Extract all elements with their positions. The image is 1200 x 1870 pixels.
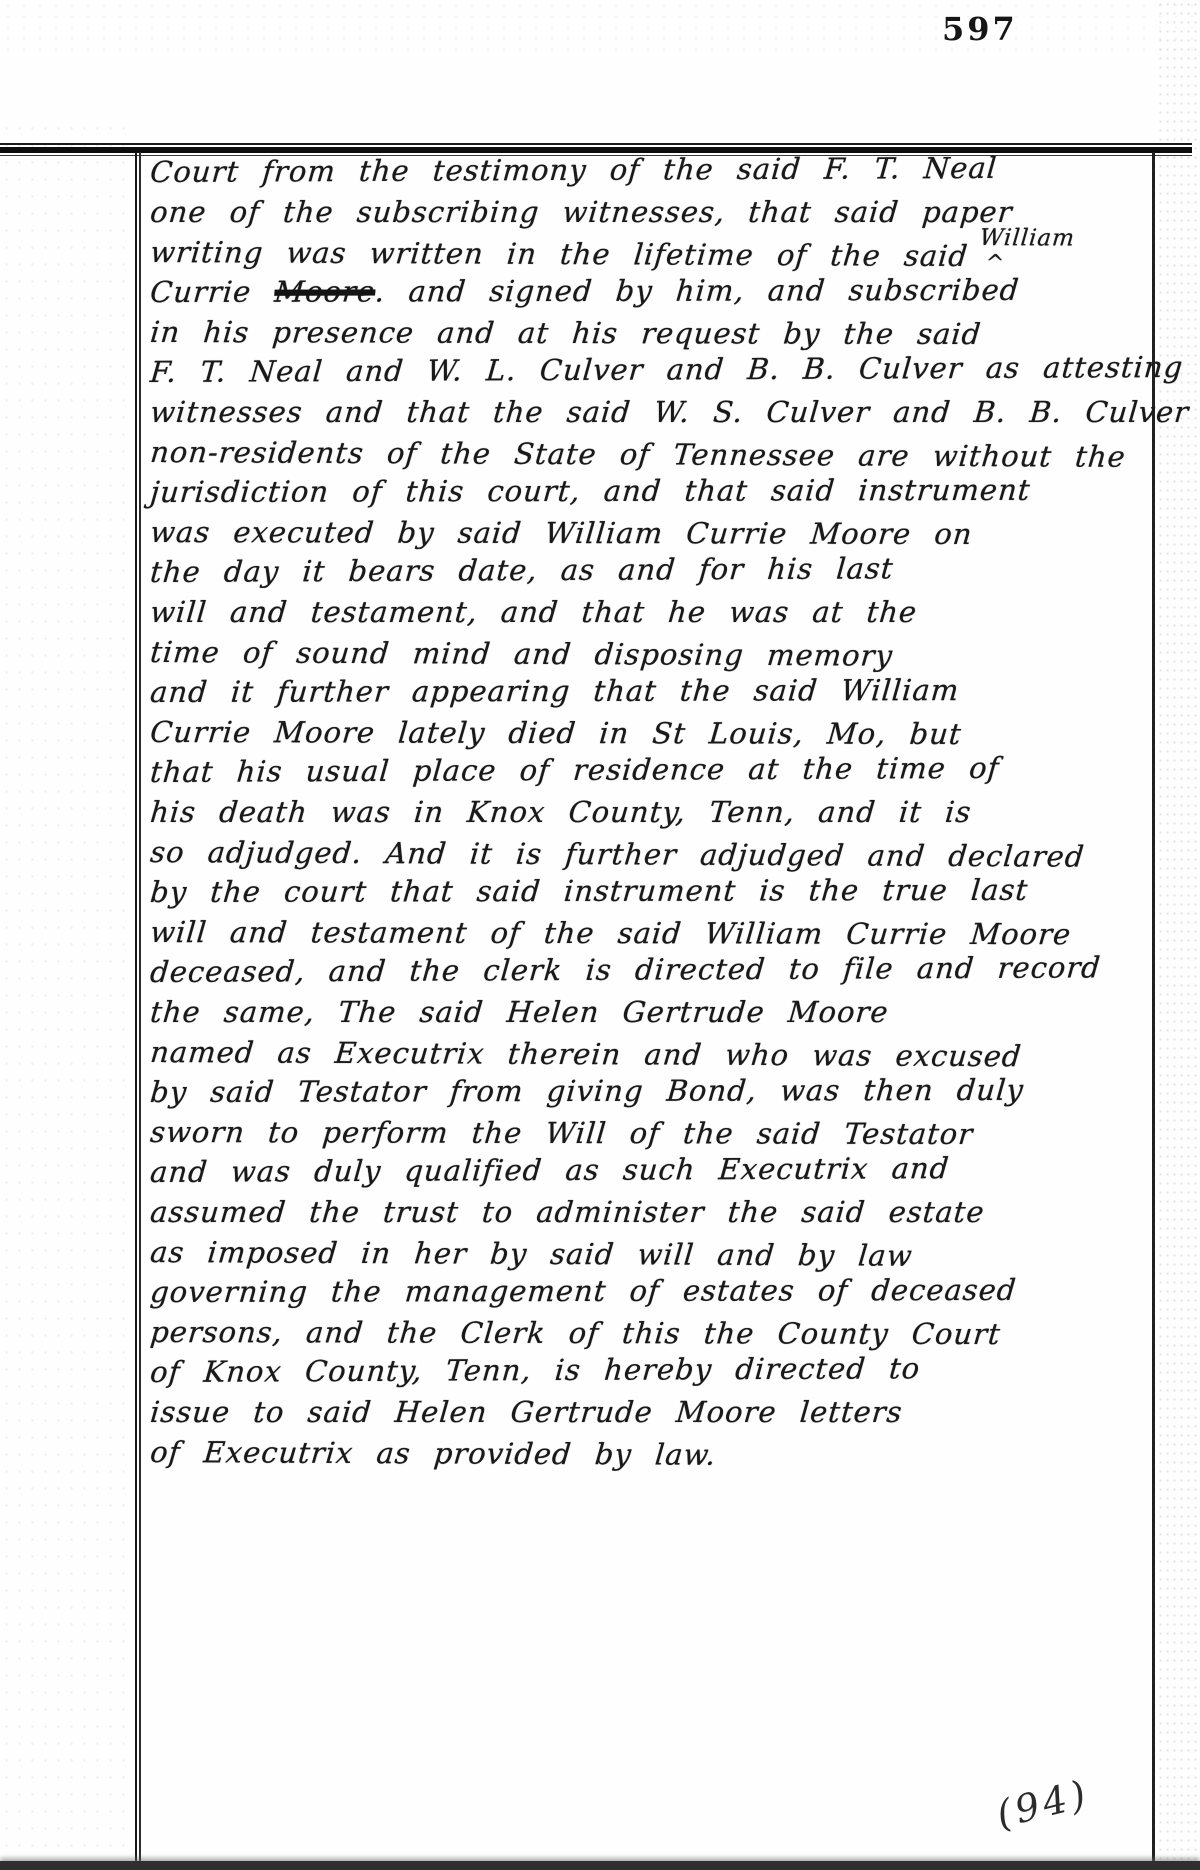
line-text: of Knox County, Tenn, is hereby directed… [149, 1351, 922, 1389]
line-text: Currie Moore lately died in St Louis, Mo… [149, 715, 963, 751]
line-text: governing the management of estates of d… [149, 1273, 1018, 1309]
left-margin-rule [135, 152, 142, 1862]
text-line: Court from the testimony of the said F. … [149, 147, 1163, 192]
line-text: non-residents of the State of Tennessee … [149, 435, 1128, 474]
text-line: F. T. Neal and W. L. Culver and B. B. Cu… [149, 347, 1163, 392]
text-line: assumed the trust to administer the said… [149, 1192, 1162, 1232]
line-text: was executed by said William Currie Moor… [149, 515, 974, 551]
text-line: that his usual place of residence at the… [149, 747, 1163, 792]
line-text: in his presence and at his request by th… [149, 315, 983, 351]
line-text: will and testament, and that he was at t… [149, 595, 919, 629]
text-line: Currie Moore. and signed by him, and sub… [149, 270, 1163, 312]
text-line: jurisdiction of this court, and that sai… [149, 470, 1163, 512]
line-text: of Executrix as provided by law. [149, 1435, 718, 1472]
line-text: writing was written in the lifetime of t… [149, 235, 970, 273]
footer-notation: (94) [992, 1771, 1094, 1836]
struck-out-word: Moore [273, 274, 377, 308]
text-line: issue to said Helen Gertrude Moore lette… [149, 1392, 1162, 1432]
line-text: and it further appearing that the said W… [149, 673, 961, 709]
scan-noise-right-edge [1157, 0, 1200, 1862]
text-line: the day it bears date, as and for his la… [149, 547, 1163, 592]
text-line: of Executrix as provided by law. [149, 1432, 1162, 1477]
line-text: the same, The said Helen Gertrude Moore [149, 995, 890, 1029]
text-line: of Knox County, Tenn, is hereby directed… [149, 1347, 1163, 1392]
line-text: jurisdiction of this court, and that sai… [149, 473, 1032, 509]
line-text: and was duly qualified as such Executrix… [149, 1151, 951, 1189]
line-text: issue to said Helen Gertrude Moore lette… [149, 1395, 904, 1429]
text-line: by the court that said instrument is the… [149, 870, 1163, 912]
scan-edge-bottom [0, 1861, 1200, 1870]
line-text: will and testament of the said William C… [149, 915, 1073, 951]
text-line: and was duly qualified as such Executrix… [149, 1147, 1163, 1192]
text-line: deceased, and the clerk is directed to f… [149, 947, 1163, 992]
handwritten-text-block: Court from the testimony of the said F. … [150, 152, 1160, 1472]
text-line: will and testament, and that he was at t… [149, 592, 1162, 632]
line-text: his death was in Knox County, Tenn, and … [149, 795, 973, 829]
page-number: 597 [942, 10, 1018, 48]
line-text: Currie [149, 275, 276, 309]
text-line: and it further appearing that the said W… [149, 670, 1163, 712]
text-line: by said Testator from giving Bond, was t… [149, 1070, 1163, 1112]
line-text: witnesses and that the said W. S. Culver… [149, 395, 1200, 429]
line-text: so adjudged. And it is further adjudged … [149, 835, 1086, 874]
line-text: as imposed in her by said will and by la… [149, 1235, 914, 1273]
scanned-document-page: 597 Court from the testimony of the said… [0, 0, 1200, 1870]
line-text: by the court that said instrument is the… [149, 873, 1030, 909]
line-text: time of sound mind and disposing memory [149, 635, 895, 673]
line-text: the day it bears date, as and for his la… [149, 551, 895, 589]
line-text: . and signed by him, and subscribed [374, 273, 1021, 309]
line-text: F. T. Neal and W. L. Culver and B. B. Cu… [149, 350, 1185, 389]
line-text: Court from the testimony of the said F. … [149, 151, 999, 189]
line-text: that his usual place of residence at the… [149, 751, 1001, 789]
line-text: persons, and the Clerk of this the Count… [149, 1315, 1002, 1351]
text-line: the same, The said Helen Gertrude Moore [149, 992, 1162, 1032]
text-line: his death was in Knox County, Tenn, and … [149, 792, 1162, 832]
line-text: one of the subscribing witnesses, that s… [149, 195, 1014, 229]
line-text: deceased, and the clerk is directed to f… [149, 950, 1102, 989]
text-line: governing the management of estates of d… [149, 1270, 1163, 1312]
line-text: by said Testator from giving Bond, was t… [149, 1073, 1025, 1109]
scan-noise-top [0, 0, 1200, 60]
scan-noise-left-margin [0, 120, 134, 1860]
line-text: assumed the trust to administer the said… [149, 1195, 986, 1229]
line-text: sworn to perform the Will of the said Te… [149, 1115, 975, 1151]
inserted-word-above-line: William^ [978, 218, 1077, 258]
line-text: named as Executrix therein and who was e… [149, 1035, 1023, 1073]
text-line: witnesses and that the said W. S. Culver… [149, 392, 1162, 432]
